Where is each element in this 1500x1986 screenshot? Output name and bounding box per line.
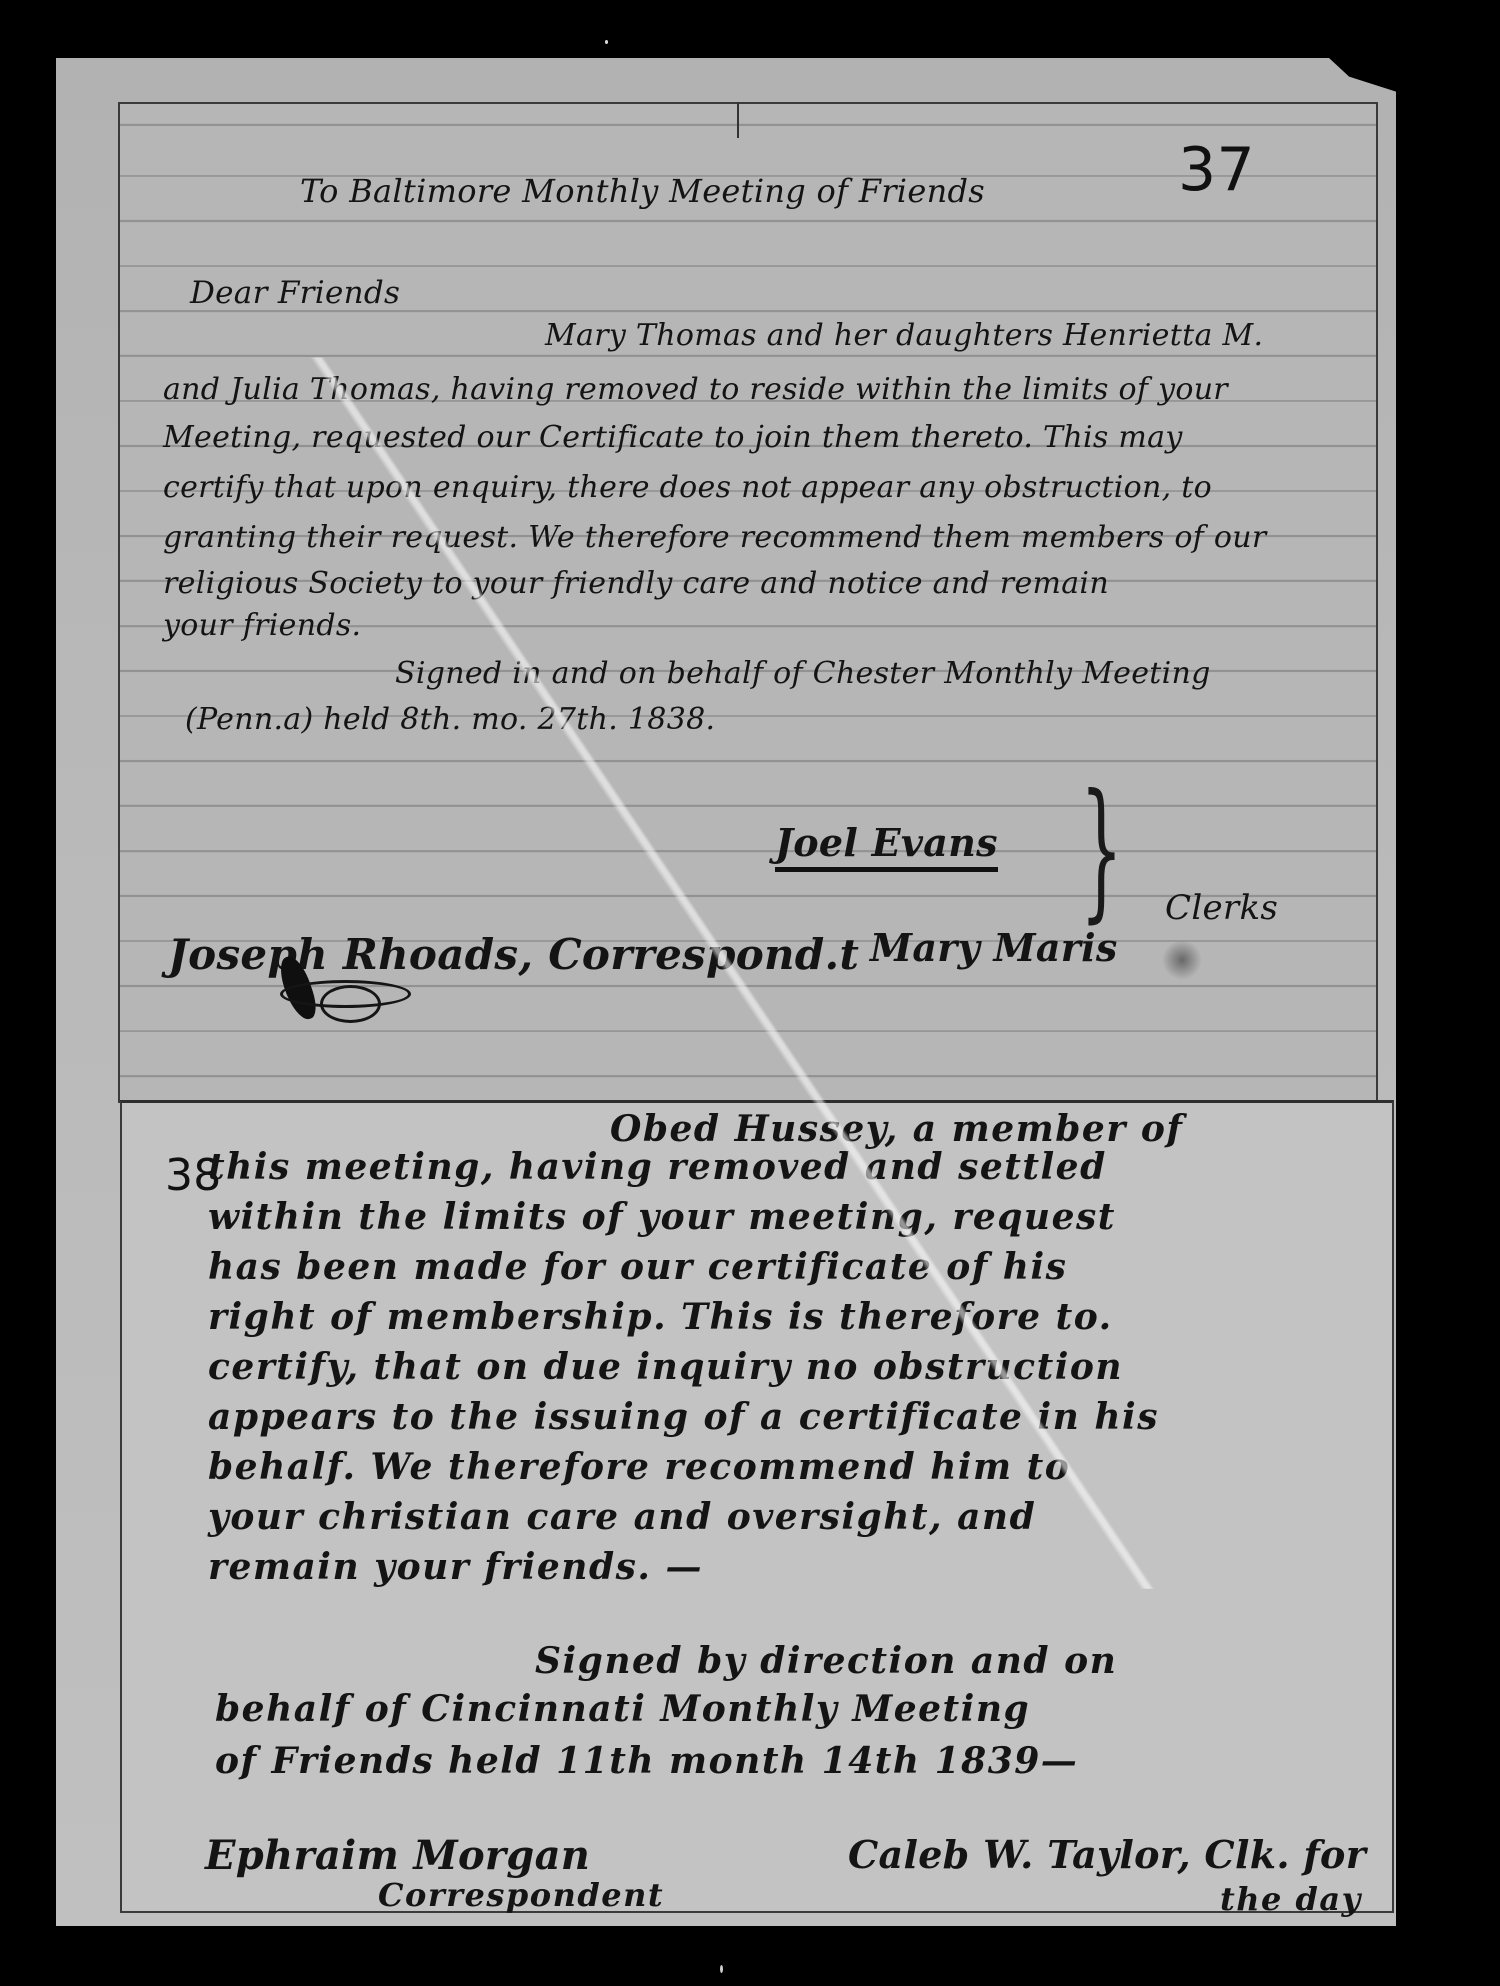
correspondent-title: Correspondent: [378, 1876, 664, 1914]
body-line: certify that upon enquiry, there does no…: [163, 470, 1212, 505]
body-line: and Julia Thomas, having removed to resi…: [163, 372, 1228, 407]
signed-line: behalf of Cincinnati Monthly Meeting: [215, 1688, 1030, 1730]
clerk-suffix: the day: [1220, 1880, 1362, 1918]
signed-line: Signed in and on behalf of Chester Month…: [395, 656, 1211, 691]
body-line: certify, that on due inquiry no obstruct…: [208, 1346, 1123, 1388]
body-line: granting their request. We therefore rec…: [163, 520, 1267, 555]
body-line: Meeting, requested our Certificate to jo…: [163, 420, 1183, 455]
folio-number-37: 37: [1178, 135, 1255, 205]
body-line: remain your friends. —: [208, 1546, 703, 1588]
address-line: To Baltimore Monthly Meeting of Friends: [300, 172, 985, 210]
signature-joseph-rhoads: Joseph Rhoads, Correspond.t: [168, 930, 859, 979]
signature-caleb-w-taylor: Caleb W. Taylor, Clk. for: [848, 1832, 1366, 1877]
body-line: has been made for our certificate of his: [208, 1246, 1067, 1288]
body-line: right of membership. This is therefore t…: [208, 1296, 1113, 1338]
body-line: Mary Thomas and her daughters Henrietta …: [545, 318, 1263, 353]
body-line: Obed Hussey, a member of: [610, 1108, 1183, 1150]
scan-speck: [605, 40, 608, 44]
body-line: this meeting, having removed and settled: [208, 1146, 1107, 1188]
signed-date-line: of Friends held 11th month 14th 1839—: [215, 1740, 1078, 1782]
salutation: Dear Friends: [190, 275, 400, 311]
signed-date-line: (Penn.a) held 8th. mo. 27th. 1838.: [185, 702, 715, 737]
fold-mark: [737, 102, 739, 138]
signature-mary-maris: Mary Maris: [870, 925, 1118, 970]
body-line: your christian care and oversight, and: [208, 1496, 1036, 1538]
body-line: behalf. We therefore recommend him to: [208, 1446, 1070, 1488]
clerks-label: Clerks: [1165, 888, 1278, 928]
clerks-brace: }: [1080, 775, 1123, 925]
body-line: appears to the issuing of a certificate …: [208, 1396, 1159, 1438]
signed-line: Signed by direction and on: [535, 1640, 1117, 1682]
scan-speck: [720, 1965, 723, 1973]
body-line: religious Society to your friendly care …: [163, 566, 1109, 601]
body-line: your friends.: [163, 608, 361, 643]
signature-flourish: [320, 985, 381, 1023]
signature-ephraim-morgan: Ephraim Morgan: [205, 1832, 590, 1879]
signature-text: Joel Evans: [775, 820, 998, 872]
body-line: within the limits of your meeting, reque…: [208, 1196, 1116, 1238]
signature-joel-evans: Joel Evans: [775, 820, 998, 865]
ink-smudge: [1162, 940, 1202, 980]
